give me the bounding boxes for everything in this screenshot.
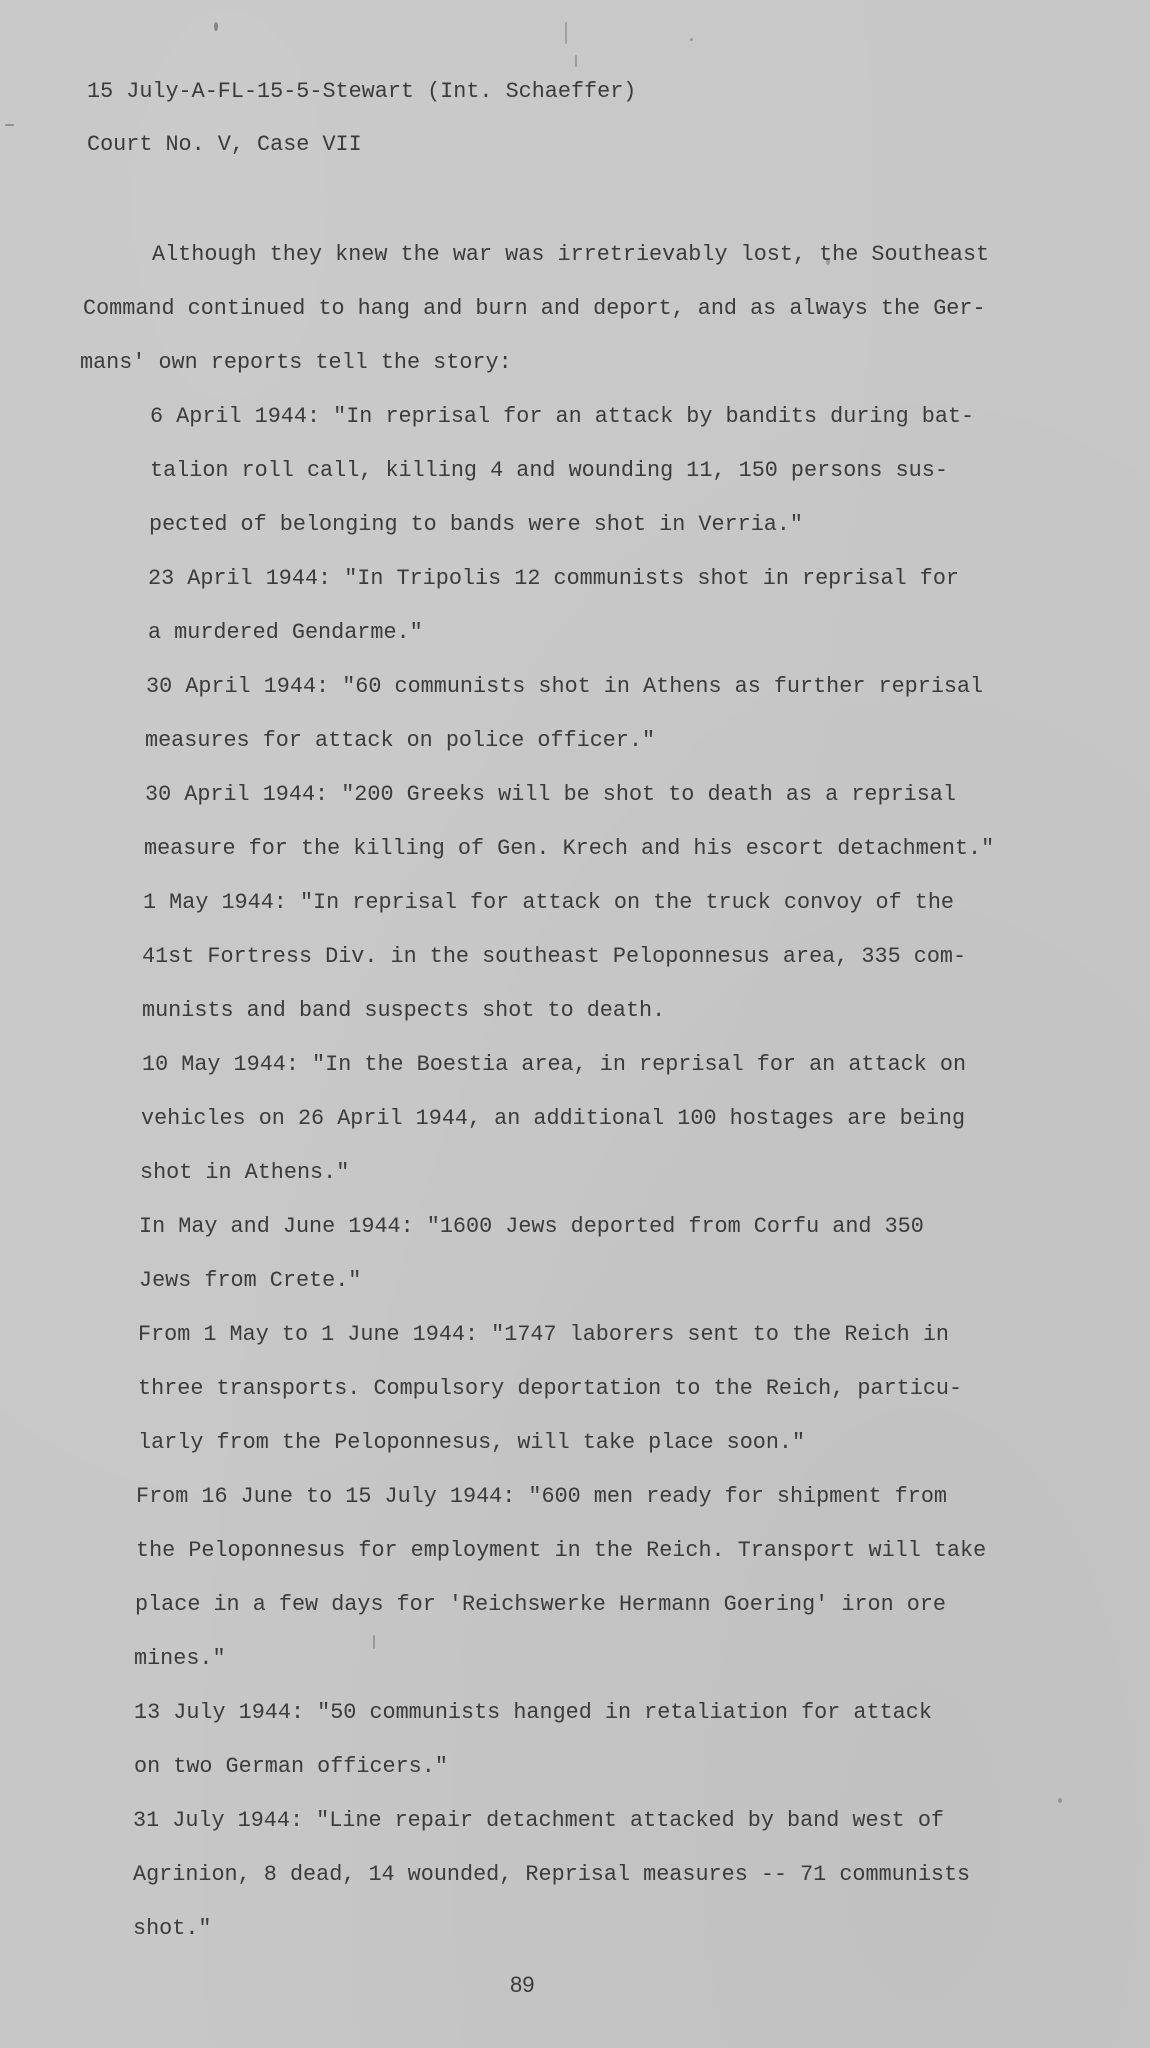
- entry-line: In May and June 1944: "1600 Jews deporte…: [139, 1214, 924, 1240]
- page-number: 89: [510, 1972, 534, 1998]
- entry-line: 31 July 1944: "Line repair detachment at…: [133, 1808, 944, 1834]
- entry-line: a murdered Gendarme.": [148, 620, 423, 646]
- paper-speck: [690, 38, 693, 41]
- paper-speck: [214, 22, 218, 31]
- entry-line: 23 April 1944: "In Tripolis 12 communist…: [148, 566, 959, 592]
- entry-line: shot.": [133, 1916, 211, 1942]
- paper-speck: [373, 1635, 375, 1649]
- paper-speck: [1058, 1798, 1062, 1803]
- entry-line: 6 April 1944: "In reprisal for an attack…: [150, 404, 974, 430]
- entry-line: 1 May 1944: "In reprisal for attack on t…: [143, 890, 954, 916]
- entry-line: 30 April 1944: "60 communists shot in At…: [146, 674, 983, 700]
- entry-line: Agrinion, 8 dead, 14 wounded, Reprisal m…: [133, 1862, 970, 1888]
- entry-line: shot in Athens.": [140, 1160, 349, 1186]
- court-case-line: Court No. V, Case VII: [87, 132, 362, 158]
- entry-line: pected of belonging to bands were shot i…: [149, 512, 803, 538]
- entry-line: talion roll call, killing 4 and wounding…: [150, 458, 948, 484]
- entry-line: measure for the killing of Gen. Krech an…: [144, 836, 994, 862]
- entry-line: measures for attack on police officer.": [145, 728, 655, 754]
- intro-line: Command continued to hang and burn and d…: [83, 296, 986, 322]
- paper-speck: [575, 55, 577, 67]
- entry-line: mines.": [134, 1646, 226, 1672]
- entry-line: place in a few days for 'Reichswerke Her…: [135, 1592, 946, 1618]
- intro-line: Although they knew the war was irretriev…: [152, 242, 989, 268]
- entry-line: 10 May 1944: "In the Boestia area, in re…: [142, 1052, 966, 1078]
- entry-line: From 16 June to 15 July 1944: "600 men r…: [136, 1484, 947, 1510]
- entry-line: on two German officers.": [134, 1754, 448, 1780]
- entry-line: the Peloponnesus for employment in the R…: [136, 1538, 986, 1564]
- entry-line: larly from the Peloponnesus, will take p…: [138, 1430, 805, 1456]
- entry-line: munists and band suspects shot to death.: [142, 998, 665, 1024]
- entry-line: Jews from Crete.": [139, 1268, 361, 1294]
- entry-line: vehicles on 26 April 1944, an additional…: [141, 1106, 965, 1132]
- entry-line: three transports. Compulsory deportation…: [138, 1376, 962, 1402]
- entry-line: 30 April 1944: "200 Greeks will be shot …: [145, 782, 956, 808]
- entry-line: 13 July 1944: "50 communists hanged in r…: [134, 1700, 932, 1726]
- paper-speck: [5, 124, 14, 126]
- entry-line: From 1 May to 1 June 1944: "1747 laborer…: [138, 1322, 949, 1348]
- intro-line: mans' own reports tell the story:: [80, 350, 512, 376]
- entry-line: 41st Fortress Div. in the southeast Pelo…: [142, 944, 966, 970]
- paper-speck: [565, 22, 567, 44]
- case-reference: 15 July-A-FL-15-5-Stewart (Int. Schaeffe…: [87, 79, 636, 105]
